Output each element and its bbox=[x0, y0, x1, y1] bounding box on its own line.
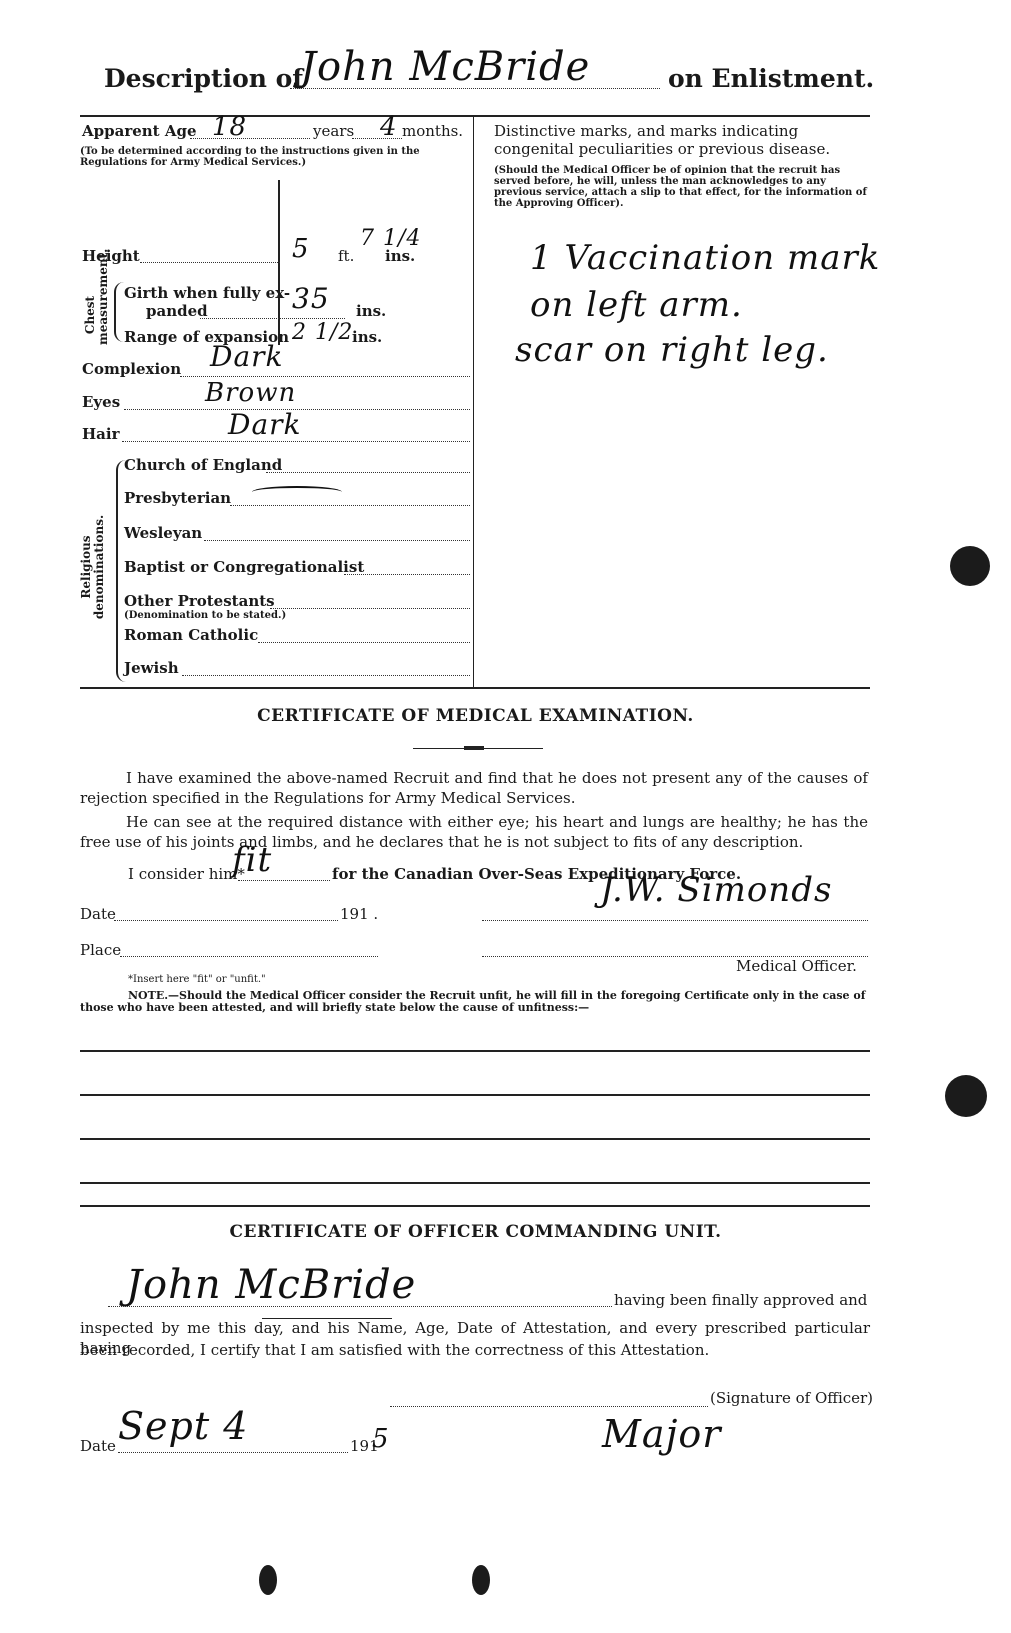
distinctive-marks-line1: 1 Vaccination mark bbox=[530, 238, 880, 278]
girth-value: 35 bbox=[292, 282, 330, 315]
girth-line bbox=[200, 318, 345, 319]
religion-option-roman-catholic: Roman Catholic bbox=[124, 626, 258, 644]
chest-group-label: Chest measurement. bbox=[84, 285, 110, 345]
officer-line1-suffix: having been finally approved and bbox=[614, 1290, 867, 1310]
hair-line bbox=[122, 441, 470, 442]
medical-note: NOTE.—Should the Medical Officer conside… bbox=[80, 990, 868, 1014]
medical-place-line bbox=[120, 956, 378, 957]
hair-label: Hair bbox=[82, 425, 120, 443]
form-title-prefix: Description of bbox=[104, 64, 303, 93]
officer-certificate-title: CERTIFICATE OF OFFICER COMMANDING UNIT. bbox=[0, 1222, 1011, 1242]
religion-line-6 bbox=[182, 675, 470, 676]
complexion-label: Complexion bbox=[82, 360, 181, 378]
recruit-name-handwritten: John McBride bbox=[300, 44, 590, 90]
religion-line-4 bbox=[270, 608, 470, 609]
religion-label-line2: denominations. bbox=[93, 512, 106, 622]
fit-footnote: *Insert here "fit" or "unfit." bbox=[128, 974, 266, 985]
months-label: months. bbox=[402, 122, 463, 140]
distinctive-marks-note: (Should the Medical Officer be of opinio… bbox=[494, 165, 874, 209]
height-inches-label: ins. bbox=[385, 247, 415, 265]
medical-date-line bbox=[114, 920, 338, 921]
consider-value: fit bbox=[232, 840, 272, 880]
religion-option-baptist: Baptist or Congregationalist bbox=[124, 558, 364, 576]
religion-line-5 bbox=[258, 642, 470, 643]
age-years-line bbox=[190, 138, 310, 139]
medical-place-label: Place bbox=[80, 940, 121, 960]
unfitness-line-4 bbox=[80, 1182, 870, 1184]
distinctive-marks-line3: scar on right leg. bbox=[515, 330, 829, 370]
officer-date-label: Date bbox=[80, 1436, 116, 1456]
medical-para2-text: He can see at the required distance with… bbox=[80, 813, 868, 851]
medical-officer-signature-line bbox=[482, 920, 868, 921]
unfitness-line-3 bbox=[80, 1138, 870, 1140]
recruit-signature-line bbox=[108, 1306, 612, 1307]
religion-option-wesleyan: Wesleyan bbox=[124, 524, 202, 542]
religion-line-2 bbox=[204, 540, 470, 541]
consider-prefix: I consider him* bbox=[128, 864, 245, 884]
complexion-line bbox=[180, 376, 470, 377]
medical-officer-signature: J.W. Simonds bbox=[600, 870, 832, 910]
officer-date-value: Sept 4 bbox=[118, 1404, 248, 1448]
officer-date-year-digit: 5 bbox=[372, 1424, 390, 1454]
punch-hole-bottom-left bbox=[259, 1565, 277, 1595]
religion-option-presbyterian: Presbyterian bbox=[124, 489, 231, 507]
form-title-suffix: on Enlistment. bbox=[668, 64, 874, 93]
religion-line-0 bbox=[266, 472, 470, 473]
religion-option-other-protestants: Other Protestants bbox=[124, 592, 275, 610]
title-rule-center bbox=[464, 746, 484, 750]
unfitness-line-5 bbox=[80, 1205, 870, 1207]
punch-hole-bottom-right bbox=[472, 1565, 490, 1595]
range-unit: ins. bbox=[352, 328, 382, 346]
height-label: Height bbox=[82, 247, 140, 265]
age-years-value: 18 bbox=[212, 112, 247, 142]
distinctive-marks-heading: Distinctive marks, and marks indicating … bbox=[494, 122, 874, 158]
religion-option-jewish: Jewish bbox=[124, 659, 179, 677]
religion-group-label: Religious denominations. bbox=[80, 512, 106, 622]
recruit-signature: John McBride bbox=[126, 1262, 416, 1308]
presbyterian-handwritten-mark bbox=[252, 486, 342, 498]
eyes-label: Eyes bbox=[82, 393, 120, 411]
medical-para2: He can see at the required distance with… bbox=[80, 812, 868, 852]
complexion-value: Dark bbox=[210, 340, 284, 373]
range-value: 2 1/2 bbox=[292, 320, 353, 345]
medical-para1: I have examined the above-named Recruit … bbox=[80, 768, 868, 808]
religion-line-3 bbox=[344, 574, 470, 575]
apparent-age-label: Apparent Age bbox=[82, 122, 197, 140]
section-divider bbox=[80, 687, 870, 689]
years-label: years bbox=[313, 122, 354, 140]
medical-para1-text: I have examined the above-named Recruit … bbox=[80, 769, 868, 807]
religion-option-church-of-england: Church of England bbox=[124, 456, 282, 474]
height-line bbox=[140, 262, 280, 263]
medical-certificate-title: CERTIFICATE OF MEDICAL EXAMINATION. bbox=[0, 706, 1011, 726]
height-feet-value: 5 bbox=[292, 234, 310, 264]
officer-signature-line bbox=[390, 1406, 708, 1407]
chest-brace bbox=[114, 282, 124, 342]
girth-unit: ins. bbox=[356, 302, 386, 320]
age-note: (To be determined according to the instr… bbox=[80, 146, 470, 168]
eyes-value: Brown bbox=[205, 378, 296, 408]
punch-hole-right-upper bbox=[950, 546, 990, 586]
girth-label-line1: Girth when fully ex- bbox=[124, 284, 290, 302]
distinctive-marks-line2: on left arm. bbox=[530, 285, 743, 325]
column-divider bbox=[473, 115, 477, 687]
age-months-value: 4 bbox=[380, 112, 398, 142]
unfitness-line-1 bbox=[80, 1050, 870, 1052]
officer-line3: been recorded, I certify that I am satis… bbox=[80, 1340, 709, 1360]
punch-hole-right-lower bbox=[945, 1075, 987, 1117]
fit-line bbox=[238, 880, 330, 881]
religion-line-1 bbox=[230, 505, 470, 506]
medical-officer-title: Medical Officer. bbox=[736, 956, 857, 976]
hair-value: Dark bbox=[228, 408, 302, 441]
officer-signature-label: (Signature of Officer) bbox=[710, 1388, 873, 1408]
unfitness-line-2 bbox=[80, 1094, 870, 1096]
girth-label-line2: panded bbox=[146, 302, 208, 320]
height-feet-label: ft. bbox=[338, 247, 354, 265]
other-protestants-note: (Denomination to be stated.) bbox=[124, 610, 286, 621]
medical-date-label: Date bbox=[80, 904, 116, 924]
officer-date-line bbox=[118, 1452, 348, 1453]
medical-date-year: 191 . bbox=[340, 904, 378, 924]
officer-rank-handwritten: Major bbox=[602, 1412, 721, 1456]
